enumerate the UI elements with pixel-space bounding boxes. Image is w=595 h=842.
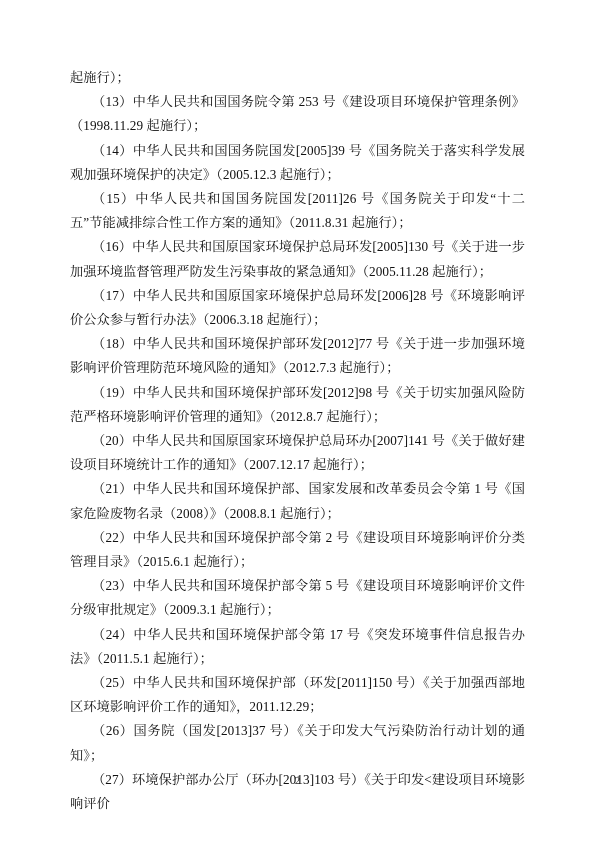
- document-body: 起施行）； （13）中华人民共和国国务院令第 253 号《建设项目环境保护管理条…: [70, 66, 525, 816]
- paragraph-item-22: （22）中华人民共和国环境保护部令第 2 号《建设项目环境影响评价分类管理目录》…: [70, 526, 525, 574]
- paragraph-item-20: （20）中华人民共和国原国家环境保护总局环办[2007]141 号《关于做好建设…: [70, 429, 525, 477]
- paragraph-item-19: （19）中华人民共和国环境保护部环发[2012]98 号《关于切实加强风险防范严…: [70, 381, 525, 429]
- paragraph-item-24: （24）中华人民共和国环境保护部令第 17 号《突发环境事件信息报告办法》（20…: [70, 623, 525, 671]
- paragraph-item-14: （14）中华人民共和国国务院国发[2005]39 号《国务院关于落实科学发展观加…: [70, 139, 525, 187]
- paragraph-item-13: （13）中华人民共和国国务院令第 253 号《建设项目环境保护管理条例》（199…: [70, 90, 525, 138]
- paragraph-item-17: （17）中华人民共和国原国家环境保护总局环发[2006]28 号《环境影响评价公…: [70, 284, 525, 332]
- paragraph-item-26: （26）国务院（国发[2013]37 号）《关于印发大气污染防治行动计划的通知》…: [70, 719, 525, 767]
- paragraph-item-15: （15）中华人民共和国国务院国发[2011]26 号《国务院关于印发“十二五”节…: [70, 187, 525, 235]
- paragraph-item-25: （25）中华人民共和国环境保护部（环发[2011]150 号）《关于加强西部地区…: [70, 671, 525, 719]
- paragraph-continuation: 起施行）；: [70, 66, 525, 90]
- paragraph-item-23: （23）中华人民共和国环境保护部令第 5 号《建设项目环境影响评价文件分级审批规…: [70, 574, 525, 622]
- paragraph-item-21: （21）中华人民共和国环境保护部、国家发展和改革委员会令第 1 号《国家危险废物…: [70, 477, 525, 525]
- paragraph-item-18: （18）中华人民共和国环境保护部环发[2012]77 号《关于进一步加强环境影响…: [70, 332, 525, 380]
- page-number: 2: [0, 776, 595, 787]
- paragraph-item-16: （16）中华人民共和国原国家环境保护总局环发[2005]130 号《关于进一步加…: [70, 235, 525, 283]
